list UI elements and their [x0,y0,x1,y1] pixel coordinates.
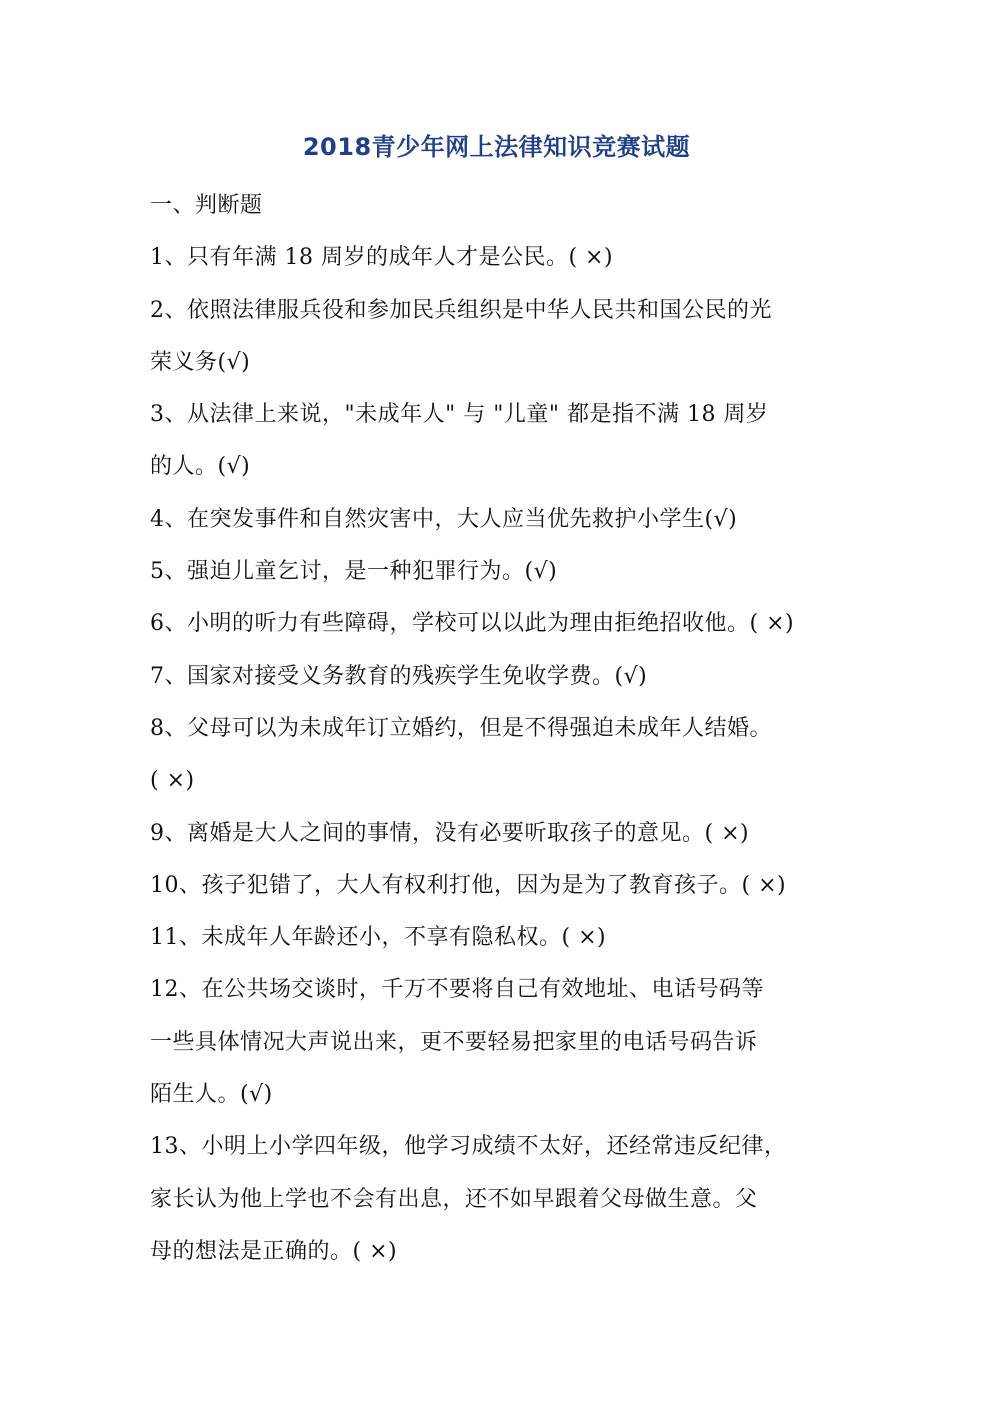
question-12-line-3: 陌生人。(√) [150,1069,850,1121]
question-8-line-2: ( ×) [150,755,850,807]
question-9-line-1: 9、离婚是大人之间的事情，没有必要听取孩子的意见。( ×) [150,808,850,860]
question-4-line-1: 4、在突发事件和自然灾害中，大人应当优先救护小学生(√) [150,494,850,546]
question-13-line-1: 13、小明上小学四年级，他学习成绩不太好，还经常违反纪律， [150,1121,850,1173]
document-page: 2018青少年网上法律知识竞赛试题 一、判断题 1、只有年满 18 周岁的成年人… [0,0,993,1404]
question-7-line-1: 7、国家对接受义务教育的残疾学生免收学费。(√) [150,651,850,703]
question-8-line-1: 8、父母可以为未成年订立婚约，但是不得强迫未成年人结婚。 [150,703,850,755]
question-12-line-2: 一些具体情况大声说出来，更不要轻易把家里的电话号码告诉 [150,1017,850,1069]
question-5-line-1: 5、强迫儿童乞讨，是一种犯罪行为。(√) [150,546,850,598]
question-2-line-1: 2、依照法律服兵役和参加民兵组织是中华人民共和国公民的光 [150,285,850,337]
question-11-line-1: 11、未成年人年龄还小，不享有隐私权。( ×) [150,912,850,964]
question-10-line-1: 10、孩子犯错了，大人有权利打他，因为是为了教育孩子。( ×) [150,860,850,912]
question-3-line-1: 3、从法律上来说，"未成年人" 与 "儿童" 都是指不满 18 周岁 [150,389,850,441]
question-13-line-2: 家长认为他上学也不会有出息，还不如早跟着父母做生意。父 [150,1174,850,1226]
question-1-line-1: 1、只有年满 18 周岁的成年人才是公民。( ×) [150,232,850,284]
question-3-line-2: 的人。(√) [150,441,850,493]
question-13-line-3: 母的想法是正确的。( ×) [150,1226,850,1278]
question-12-line-1: 12、在公共场交谈时，千万不要将自己有效地址、电话号码等 [150,964,850,1016]
document-body: 一、判断题 1、只有年满 18 周岁的成年人才是公民。( ×) 2、依照法律服兵… [150,180,850,1278]
section-heading: 一、判断题 [150,180,850,232]
document-title: 2018青少年网上法律知识竞赛试题 [0,130,993,164]
question-6-line-1: 6、小明的听力有些障碍，学校可以以此为理由拒绝招收他。( ×) [150,598,850,650]
question-2-line-2: 荣义务(√) [150,337,850,389]
